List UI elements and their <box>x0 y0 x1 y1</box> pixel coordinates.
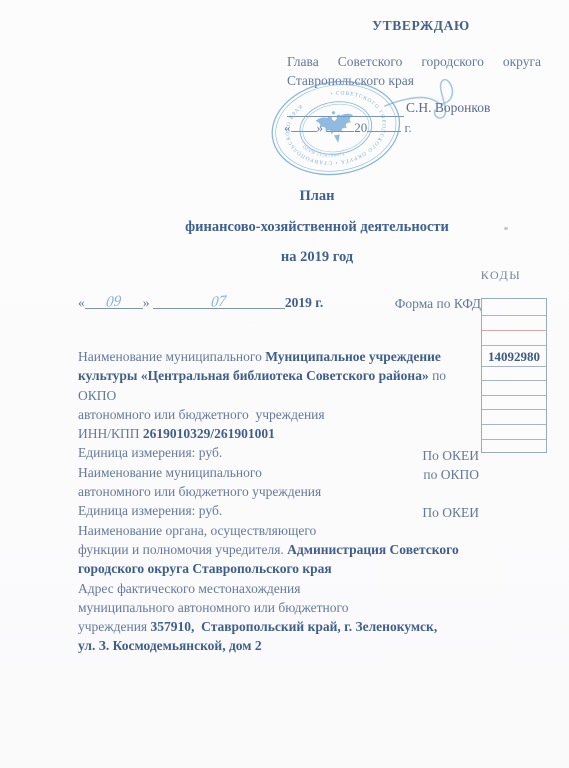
text-line: Наименование муниципального Муниципально… <box>78 347 478 366</box>
open-quote: « <box>78 295 85 310</box>
text-segment-bold: ул. З. Космодемьянской, дом 2 <box>78 638 262 653</box>
codes-table-cell <box>482 316 546 331</box>
codes-table-cell <box>482 367 546 381</box>
text-segment: функции и полномочия учредителя. <box>78 542 287 557</box>
official-round-stamp: • СОВЕТСКОГО ГОРОДСКОГО ОКРУГА • СТАВРОП… <box>262 70 410 188</box>
text-line: автономного или бюджетного учреждения <box>78 405 478 424</box>
text-line: Адрес фактического местонахождения <box>78 579 478 598</box>
double-headed-eagle-icon <box>314 108 357 146</box>
codes-table-cell: 14092980 <box>482 346 546 367</box>
text-line: ул. З. Космодемьянской, дом 2 <box>78 636 478 655</box>
codes-table-cell <box>482 410 546 425</box>
approver-name: С.Н. Воронков <box>406 100 490 116</box>
text-segment: Наименование органа, осуществляющего <box>78 523 316 538</box>
title-line-3: на 2019 год <box>97 249 537 266</box>
approve-label: УТВЕРЖДАЮ <box>366 18 476 34</box>
handwritten-month: 07 <box>211 293 227 312</box>
document-title: План финансово-хозяйственной деятельност… <box>97 188 537 266</box>
codes-table: 14092980 <box>481 298 547 453</box>
text-line: культуры «Центральная библиотека Советск… <box>78 366 478 385</box>
text-line: автономного или бюджетного учреждения <box>78 482 478 501</box>
text-line: Наименование органа, осуществляющего <box>78 521 478 540</box>
codes-table-cell <box>482 440 546 452</box>
text-segment-bold: Муниципальное учреждение <box>265 349 441 364</box>
text-segment-bold: Администрация Советского <box>287 542 459 557</box>
codes-table-cell <box>482 381 546 396</box>
text-segment: автономного или бюджетного учреждения <box>78 407 325 422</box>
title-line-2: финансово-хозяйственной деятельности <box>97 219 537 236</box>
codes-table-cell <box>482 331 546 346</box>
text-line: Наименование муниципального <box>78 463 478 482</box>
title-line-1: План <box>97 188 537 205</box>
text-segment-bold: 2619010329/261901001 <box>143 426 275 441</box>
codes-column-header: КОДЫ <box>455 268 547 283</box>
text-segment: по <box>429 368 446 383</box>
text-segment-bold: 357910, Ставропольский край, г. Зеленоку… <box>151 619 438 634</box>
main-text-block: Наименование муниципального Муниципально… <box>78 347 478 656</box>
text-line: Единица измерения: руб. <box>78 443 478 462</box>
year-label: 2019 г. <box>285 295 323 310</box>
handwritten-day: 09 <box>106 293 122 312</box>
year-suffix: г. <box>405 120 412 135</box>
text-segment-bold: культуры «Центральная библиотека Советск… <box>78 368 429 383</box>
codes-table-cell <box>482 299 546 316</box>
text-segment: Наименование муниципального <box>78 349 265 364</box>
text-segment: автономного или бюджетного учреждения <box>78 484 321 499</box>
text-segment: Единица измерения: руб. <box>78 503 222 518</box>
text-line: учреждения 357910, Ставропольский край, … <box>78 617 478 636</box>
month-blank: 07 <box>153 295 285 309</box>
text-segment: Единица измерения: руб. <box>78 445 222 460</box>
codes-table-cell <box>482 425 546 440</box>
text-segment: ОКПО <box>78 388 116 403</box>
text-line: городского округа Ставропольского края <box>78 559 478 578</box>
scanned-document-page: УТВЕРЖДАЮ Глава Советского городского ок… <box>0 0 569 768</box>
text-segment-bold: городского округа Ставропольского края <box>78 561 332 576</box>
text-segment: Наименование муниципального <box>78 465 262 480</box>
text-segment: ИНН/КПП <box>78 426 143 441</box>
text-line: муниципального автономного или бюджетног… <box>78 598 478 617</box>
form-kfd-label: Форма по КФД <box>380 296 481 312</box>
text-line: Единица измерения: руб. <box>78 501 478 520</box>
document-date-row: «09» 072019 г. <box>78 295 323 311</box>
scan-speck <box>504 227 508 230</box>
codes-table-cell <box>482 396 546 410</box>
day-blank: 09 <box>85 295 143 309</box>
text-line: ОКПО <box>78 386 478 405</box>
text-segment: учреждения <box>78 619 151 634</box>
text-segment: Адрес фактического местонахождения <box>78 581 300 596</box>
text-segment: муниципального автономного или бюджетног… <box>78 600 348 615</box>
text-line: функции и полномочия учредителя. Админис… <box>78 540 478 559</box>
close-quote: » <box>143 295 150 310</box>
text-line: ИНН/КПП 2619010329/261901001 <box>78 424 478 443</box>
